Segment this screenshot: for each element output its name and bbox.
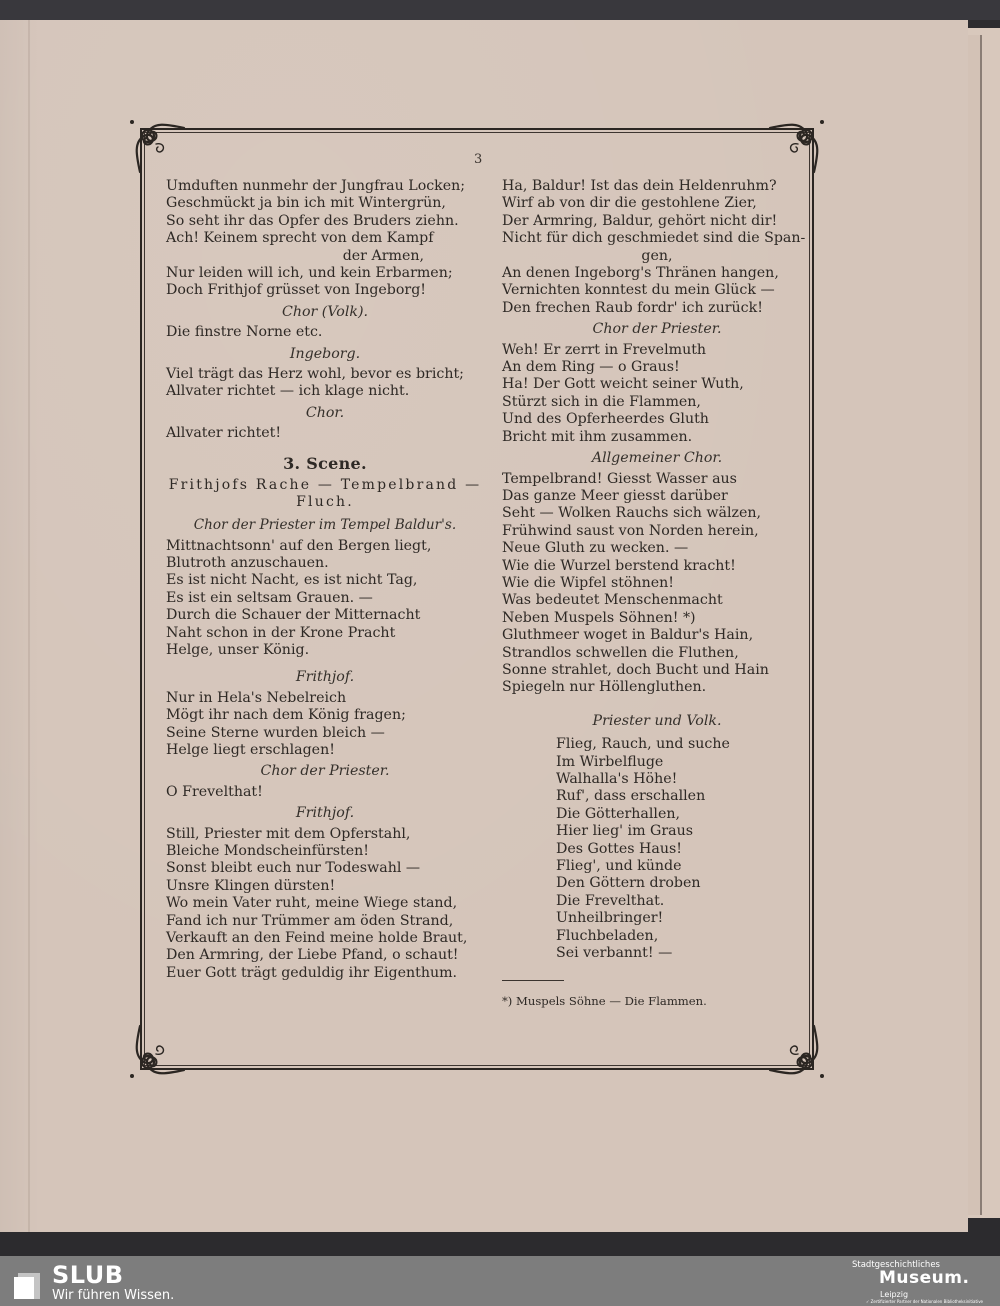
verse-line: Den frechen Raub fordr' ich zurück!: [502, 300, 812, 317]
page-number: 3: [474, 152, 482, 167]
verse-line: Helge liegt erschlagen!: [166, 742, 484, 759]
scan-background-top: [0, 0, 1000, 20]
verse-line: Fand ich nur Trümmer am öden Strand,: [166, 913, 484, 930]
verse-line: Viel trägt das Herz wohl, bevor es brich…: [166, 366, 484, 383]
verse-line: Was bedeutet Menschenmacht: [502, 592, 812, 609]
verse-line: Die Götterhallen,: [556, 806, 812, 823]
speaker-heading: Allgemeiner Chor.: [502, 450, 812, 467]
verse-line: Wo mein Vater ruht, meine Wiege stand,: [166, 895, 484, 912]
verse-line: Allvater richtet — ich klage nicht.: [166, 383, 484, 400]
verse-line: Die Frevelthat.: [556, 893, 812, 910]
speaker-heading: Chor der Priester im Tempel Baldur's.: [166, 517, 484, 534]
verse-line: Die finstre Norne etc.: [166, 324, 484, 341]
verse-line: An denen Ingeborg's Thränen hangen,: [502, 265, 812, 282]
library-tagline: Wir führen Wissen.: [52, 1288, 174, 1303]
partner-certification: ✓ Zertifizierter Partner der Nationalen …: [866, 1299, 983, 1304]
verse-line: Es ist ein seltsam Grauen. —: [166, 590, 484, 607]
footnote-divider: [502, 980, 564, 981]
verse-line: Flieg', und künde: [556, 858, 812, 875]
speaker-heading: Chor.: [166, 405, 484, 422]
right-column: Ha, Baldur! Ist das dein Heldenruhm? Wir…: [502, 178, 812, 1011]
partner-name: Museum.: [879, 1268, 969, 1288]
speaker-heading: Priester und Volk.: [502, 713, 812, 730]
verse-line: Nur in Hela's Nebelreich: [166, 690, 484, 707]
verse-line: Das ganze Meer giesst darüber: [502, 488, 812, 505]
verse-line: Des Gottes Haus!: [556, 841, 812, 858]
page-gutter-fold: [28, 20, 30, 1232]
verse-line: Walhalla's Höhe!: [556, 771, 812, 788]
verse-line: Seine Sterne wurden bleich —: [166, 725, 484, 742]
verse-line: Durch die Schauer der Mitternacht: [166, 607, 484, 624]
verse-line: Nur leiden will ich, und kein Erbarmen;: [166, 265, 484, 282]
partner-city: Leipzig: [880, 1290, 908, 1299]
verse-line: Und des Opferheerdes Gluth: [502, 411, 812, 428]
verse-line: O Frevelthat!: [166, 784, 484, 801]
verse-line: Ruf', dass erschallen: [556, 788, 812, 805]
verse-line: Tempelbrand! Giesst Wasser aus: [502, 471, 812, 488]
verse-line: Naht schon in der Krone Pracht: [166, 625, 484, 642]
verse-line: Wirf ab von dir die gestohlene Zier,: [502, 195, 812, 212]
speaker-heading: Chor (Volk).: [166, 304, 484, 321]
verse-line: Vernichten konntest du mein Glück —: [502, 282, 812, 299]
verse-line: Allvater richtet!: [166, 425, 484, 442]
verse-line: Sonne strahlet, doch Bucht und Hain: [502, 662, 812, 679]
corner-flourish-icon: [126, 114, 186, 174]
verse-line: Still, Priester mit dem Opferstahl,: [166, 826, 484, 843]
verse-line: Gluthmeer woget in Baldur's Hain,: [502, 627, 812, 644]
verse-line: Neue Gluth zu wecken. —: [502, 540, 812, 557]
verse-line: An dem Ring — o Graus!: [502, 359, 812, 376]
verse-line: Frühwind saust von Norden herein,: [502, 523, 812, 540]
verse-line: Verkauft an den Feind meine holde Braut,: [166, 930, 484, 947]
verse-line: Spiegeln nur Höllengluthen.: [502, 679, 812, 696]
indented-verse-block: Flieg, Rauch, und suche Im Wirbelfluge W…: [502, 736, 812, 962]
verse-line: Strandlos schwellen die Fluthen,: [502, 645, 812, 662]
speaker-heading: Chor der Priester.: [502, 321, 812, 338]
verse-line: Den Armring, der Liebe Pfand, o schaut!: [166, 947, 484, 964]
verse-line-continuation: der Armen,: [166, 248, 484, 265]
verse-line: Fluchbeladen,: [556, 928, 812, 945]
verse-line: Hier lieg' im Graus: [556, 823, 812, 840]
verse-line: Blutroth anzuschauen.: [166, 555, 484, 572]
verse-line-continuation: gen,: [502, 248, 812, 265]
verse-line: Sonst bleibt euch nur Todeswahl —: [166, 860, 484, 877]
corner-flourish-icon: [126, 1024, 186, 1084]
corner-flourish-icon: [768, 114, 828, 174]
verse-line: Flieg, Rauch, und suche: [556, 736, 812, 753]
verse-line: Den Göttern droben: [556, 875, 812, 892]
verse-line: Ach! Keinem sprecht von dem Kampf: [166, 230, 484, 247]
verse-line: Sei verbannt! —: [556, 945, 812, 962]
verse-line: Wie die Wipfel stöhnen!: [502, 575, 812, 592]
verse-line: Seht — Wolken Rauchs sich wälzen,: [502, 505, 812, 522]
verse-line: Ha! Der Gott weicht seiner Wuth,: [502, 376, 812, 393]
scene-title: 3. Scene.: [166, 455, 484, 472]
left-column: Umduften nunmehr der Jungfrau Locken; Ge…: [166, 178, 484, 982]
verse-line: Geschmückt ja bin ich mit Wintergrün,: [166, 195, 484, 212]
verse-block: Umduften nunmehr der Jungfrau Locken; Ge…: [166, 178, 484, 300]
speaker-heading: Chor der Priester.: [166, 763, 484, 780]
verse-line: Mögt ihr nach dem König fragen;: [166, 707, 484, 724]
verse-line: Euer Gott trägt geduldig ihr Eigenthum.: [166, 965, 484, 982]
verse-line: Helge, unser König.: [166, 642, 484, 659]
verse-line: Ha, Baldur! Ist das dein Heldenruhm?: [502, 178, 812, 195]
verse-line: Bricht mit ihm zusammen.: [502, 429, 812, 446]
speaker-heading: Frithjof.: [166, 669, 484, 686]
verse-line: So seht ihr das Opfer des Bruders ziehn.: [166, 213, 484, 230]
page-stack-edge: [968, 35, 982, 1215]
scene-subtitle-line: Fluch.: [166, 494, 484, 511]
verse-line: Es ist nicht Nacht, es ist nicht Tag,: [166, 572, 484, 589]
verse-line: Stürzt sich in die Flammen,: [502, 394, 812, 411]
verse-line: Nicht für dich geschmiedet sind die Span…: [502, 230, 812, 247]
speaker-heading: Frithjof.: [166, 805, 484, 822]
scene-subtitle: Frithjofs Rache — Tempelbrand — Fluch.: [166, 477, 484, 511]
partner-museum-logo[interactable]: Stadtgeschichtliches Museum. Leipzig ✓ Z…: [852, 1258, 986, 1306]
viewer-footer-bar: SLUB Wir führen Wissen. Stadtgeschichtli…: [0, 1256, 1000, 1306]
speaker-heading: Ingeborg.: [166, 346, 484, 363]
footnote: *) Muspels Söhne — Die Flammen.: [502, 993, 812, 1010]
verse-line: Im Wirbelfluge: [556, 754, 812, 771]
verse-line: Wie die Wurzel berstend kracht!: [502, 558, 812, 575]
verse-line: Umduften nunmehr der Jungfrau Locken;: [166, 178, 484, 195]
library-name[interactable]: SLUB: [52, 1261, 124, 1289]
verse-line: Mittnachtsonn' auf den Bergen liegt,: [166, 538, 484, 555]
verse-line: Doch Frithjof grüsset von Ingeborg!: [166, 282, 484, 299]
verse-line: Unheilbringer!: [556, 910, 812, 927]
scene-subtitle-line: Frithjofs Rache — Tempelbrand —: [166, 477, 484, 494]
verse-line: Der Armring, Baldur, gehört nicht dir!: [502, 213, 812, 230]
verse-line: Neben Muspels Söhnen! *): [502, 610, 812, 627]
verse-line: Bleiche Mondscheinfürsten!: [166, 843, 484, 860]
verse-line: Unsre Klingen dürsten!: [166, 878, 484, 895]
corner-flourish-icon: [768, 1024, 828, 1084]
verse-line: Weh! Er zerrt in Frevelmuth: [502, 342, 812, 359]
slub-book-logo-icon[interactable]: [14, 1273, 40, 1299]
